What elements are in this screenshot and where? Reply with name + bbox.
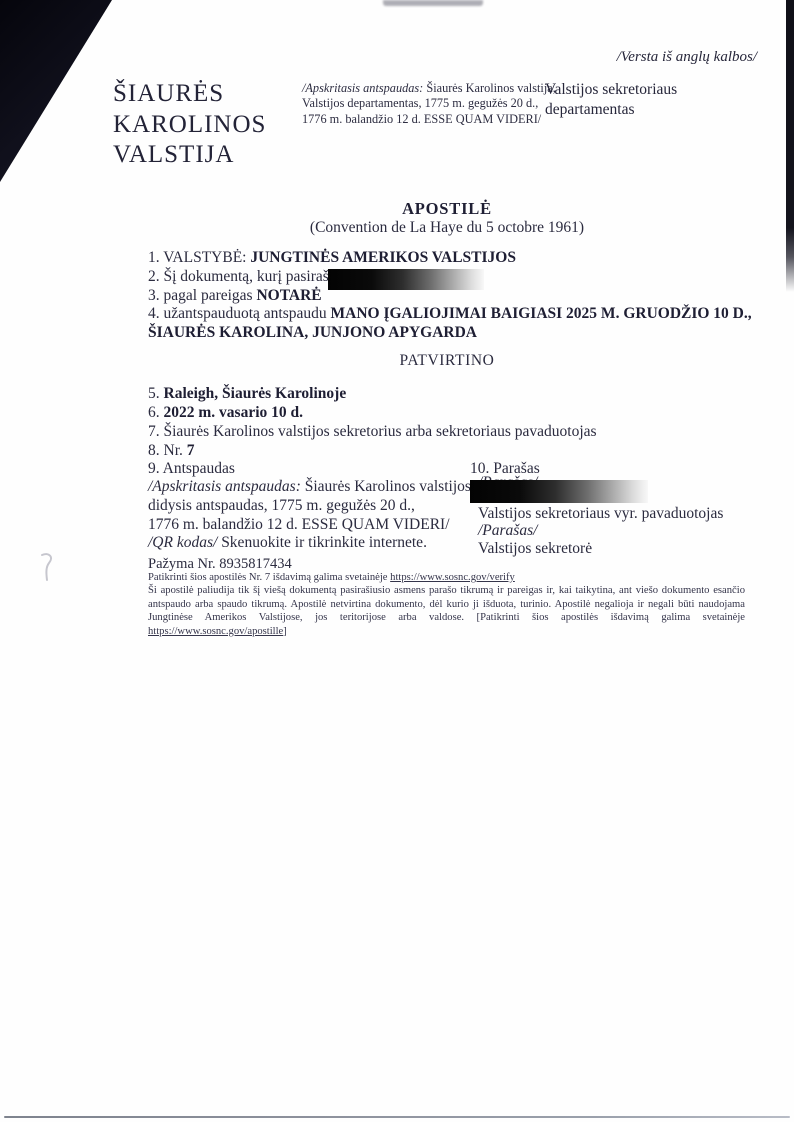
department-line2: departamentas: [545, 100, 677, 120]
corner-fold-artifact: [0, 0, 112, 182]
state-title-line1: ŠIAURĖS: [113, 79, 266, 110]
item-3-capacity: 3. pagal pareigas NOTARĖ: [148, 287, 322, 305]
item-8-number: 8. Nr. 7: [148, 442, 195, 460]
item-4-seal-line2: ŠIAURĖS KAROLINA, JUNJONO APYGARDA: [148, 324, 477, 342]
bottom-edge-scan-artifact: [4, 1116, 790, 1118]
top-edge-scan-artifact: [383, 0, 483, 6]
verify-line: Patikrinti šios apostilės Nr. 7 išdavimą…: [148, 571, 515, 585]
convention-subtitle: (Convention de La Haye du 5 octobre 1961…: [148, 219, 746, 237]
redacted-signature-bar: [470, 480, 648, 503]
item-9-qr-rest: Skenuokite ir tikrinkite internete.: [217, 534, 427, 551]
seal-note-label: /Apskritasis antspaudas:: [302, 81, 423, 95]
department-label: Valstijos sekretoriaus departamentas: [545, 80, 677, 120]
apostille-url: https://www.sosnc.gov/apostille: [148, 626, 283, 637]
pen-mark-artifact: [36, 551, 62, 585]
item-6-value: 2022 m. vasario 10 d.: [164, 404, 304, 421]
translation-note: /Versta iš anglų kalbos/: [617, 49, 757, 66]
item-1-country: 1. VALSTYBĖ: JUNGTINĖS AMERIKOS VALSTIJO…: [148, 249, 516, 267]
item-6-label: 6.: [148, 404, 164, 421]
item-4-label: 4. užantspauduotą antspaudu: [148, 305, 331, 322]
item-9-line1-rest: Šiaurės Karolinos valstijos: [301, 478, 471, 495]
right-edge-scan-artifact: [786, 0, 794, 292]
state-title-line2: KAROLINOS: [113, 110, 266, 141]
item-9-seal-label: /Apskritasis antspaudas:: [148, 478, 301, 495]
item-1-label: 1. VALSTYBĖ:: [148, 249, 250, 266]
verify-line-text: Patikrinti šios apostilės Nr. 7 išdavimą…: [148, 572, 390, 583]
header-seal-note-line1: /Apskritasis antspaudas: Šiaurės Karolin…: [302, 81, 556, 96]
disclaimer-text: Ši apostilė paliudija tik šį viešą dokum…: [148, 585, 745, 623]
state-title: ŠIAURĖS KAROLINOS VALSTIJA: [113, 79, 266, 171]
state-title-line3: VALSTIJA: [113, 140, 266, 171]
scanned-document-page: /Versta iš anglų kalbos/ ŠIAURĖS KAROLIN…: [0, 0, 794, 1122]
item-10-deputy-title: Valstijos sekretoriaus vyr. pavaduotojas: [478, 505, 723, 523]
disclaimer-close-bracket: ]: [283, 626, 287, 637]
verify-url: https://www.sosnc.gov/verify: [390, 572, 515, 583]
item-1-value: JUNGTINĖS AMERIKOS VALSTIJOS: [250, 249, 516, 266]
item-9-line1: /Apskritasis antspaudas: Šiaurės Karolin…: [148, 478, 471, 496]
redacted-name-bar: [328, 269, 484, 290]
item-10-secretary-title: Valstijos sekretorė: [478, 540, 592, 558]
certified-heading: PATVIRTINO: [148, 352, 746, 370]
apostille-title: APOSTILĖ: [148, 199, 746, 219]
disclaimer-paragraph: Ši apostilė paliudija tik šį viešą dokum…: [148, 584, 745, 638]
department-line1: Valstijos sekretoriaus: [545, 80, 677, 100]
header-seal-note-line3: 1776 m. balandžio 12 d. ESSE QUAM VIDERI…: [302, 112, 556, 127]
item-3-label: 3. pagal pareigas: [148, 287, 256, 304]
item-10-signature-label-2: /Parašas/: [478, 522, 537, 540]
item-5-place: 5. Raleigh, Šiaurės Karolinoje: [148, 385, 346, 403]
item-9-heading: 9. Antspaudas: [148, 460, 235, 478]
item-6-date: 6. 2022 m. vasario 10 d.: [148, 404, 303, 422]
qr-code-label: /QR kodas/: [148, 534, 217, 551]
item-8-value: 7: [187, 442, 195, 459]
item-5-value: Raleigh, Šiaurės Karolinoje: [164, 385, 347, 402]
header-seal-note-line2: Valstijos departamentas, 1775 m. gegužės…: [302, 96, 556, 111]
item-5-label: 5.: [148, 385, 164, 402]
item-3-value: NOTARĖ: [256, 287, 321, 304]
item-9-line2: didysis antspaudas, 1775 m. gegužės 20 d…: [148, 497, 415, 515]
item-2-label: 2. Šį dokumentą, kurį pasirašė: [148, 268, 336, 285]
item-7-authority: 7. Šiaurės Karolinos valstijos sekretori…: [148, 423, 597, 441]
item-9-line3: 1776 m. balandžio 12 d. ESSE QUAM VIDERI…: [148, 516, 450, 534]
item-4-value-line1: MANO ĮGALIOJIMAI BAIGIASI 2025 M. GRUODŽ…: [331, 305, 752, 322]
item-4-seal-line1: 4. užantspauduotą antspaudu MANO ĮGALIOJ…: [148, 305, 752, 323]
item-8-label: 8. Nr.: [148, 442, 187, 459]
item-4-value-line2: ŠIAURĖS KAROLINA, JUNJONO APYGARDA: [148, 324, 477, 341]
item-9-qr-line: /QR kodas/ Skenuokite ir tikrinkite inte…: [148, 534, 427, 552]
seal-note-line1-rest: Šiaurės Karolinos valstija,: [423, 81, 556, 95]
item-2-signed-by: 2. Šį dokumentą, kurį pasirašė: [148, 268, 336, 286]
header-round-seal-note: /Apskritasis antspaudas: Šiaurės Karolin…: [302, 81, 556, 127]
